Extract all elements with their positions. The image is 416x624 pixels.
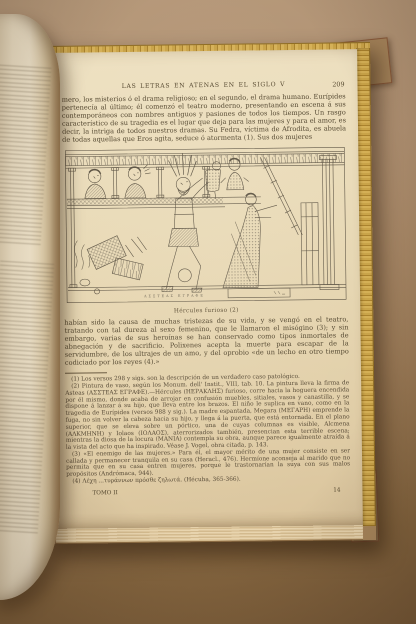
illustration-hercules-furioso: ΑΣΣΤΕΑΣ ΕΓΡΑΦΕ [64, 146, 347, 307]
running-header: LAS LETRAS EN ATENAS EN EL SIGLO V 209 [61, 80, 345, 92]
body-paragraph-2: habían sido la causa de muchas tristezas… [64, 315, 349, 367]
body-paragraph-1: mero, los misterios ó el drama religioso… [62, 92, 347, 144]
right-page: LAS LETRAS EN ATENAS EN EL SIGLO V 209 m… [46, 49, 363, 529]
signature-number: 14 [333, 487, 340, 493]
footnote-2: (2) Pintura de vaso, según los Monum. de… [65, 380, 350, 451]
footnote-separator [65, 372, 107, 374]
book-block: LAS LETRAS EN ATENAS EN EL SIGLO V 209 m… [46, 42, 376, 544]
left-page-text-blur [0, 65, 51, 248]
vase-signature-text: ΑΣΣΤΕΑΣ ΕΓΡΑΦΕ [143, 293, 205, 298]
book-photo: LAS LETRAS EN ATENAS EN EL SIGLO V 209 m… [0, 0, 416, 624]
left-page-text-blur [0, 261, 54, 534]
left-page [0, 14, 60, 600]
volume-label: TOMO II [92, 490, 117, 496]
running-header-title: LAS LETRAS EN ATENAS EN EL SIGLO V [61, 80, 345, 90]
illustration-caption: Hércules furioso (2) [64, 306, 348, 315]
page-footer: TOMO II 14 [66, 487, 350, 496]
page-number: 209 [332, 80, 344, 88]
footnote-3: (3) «El enemigo de las mujeres.» Para él… [66, 448, 350, 479]
